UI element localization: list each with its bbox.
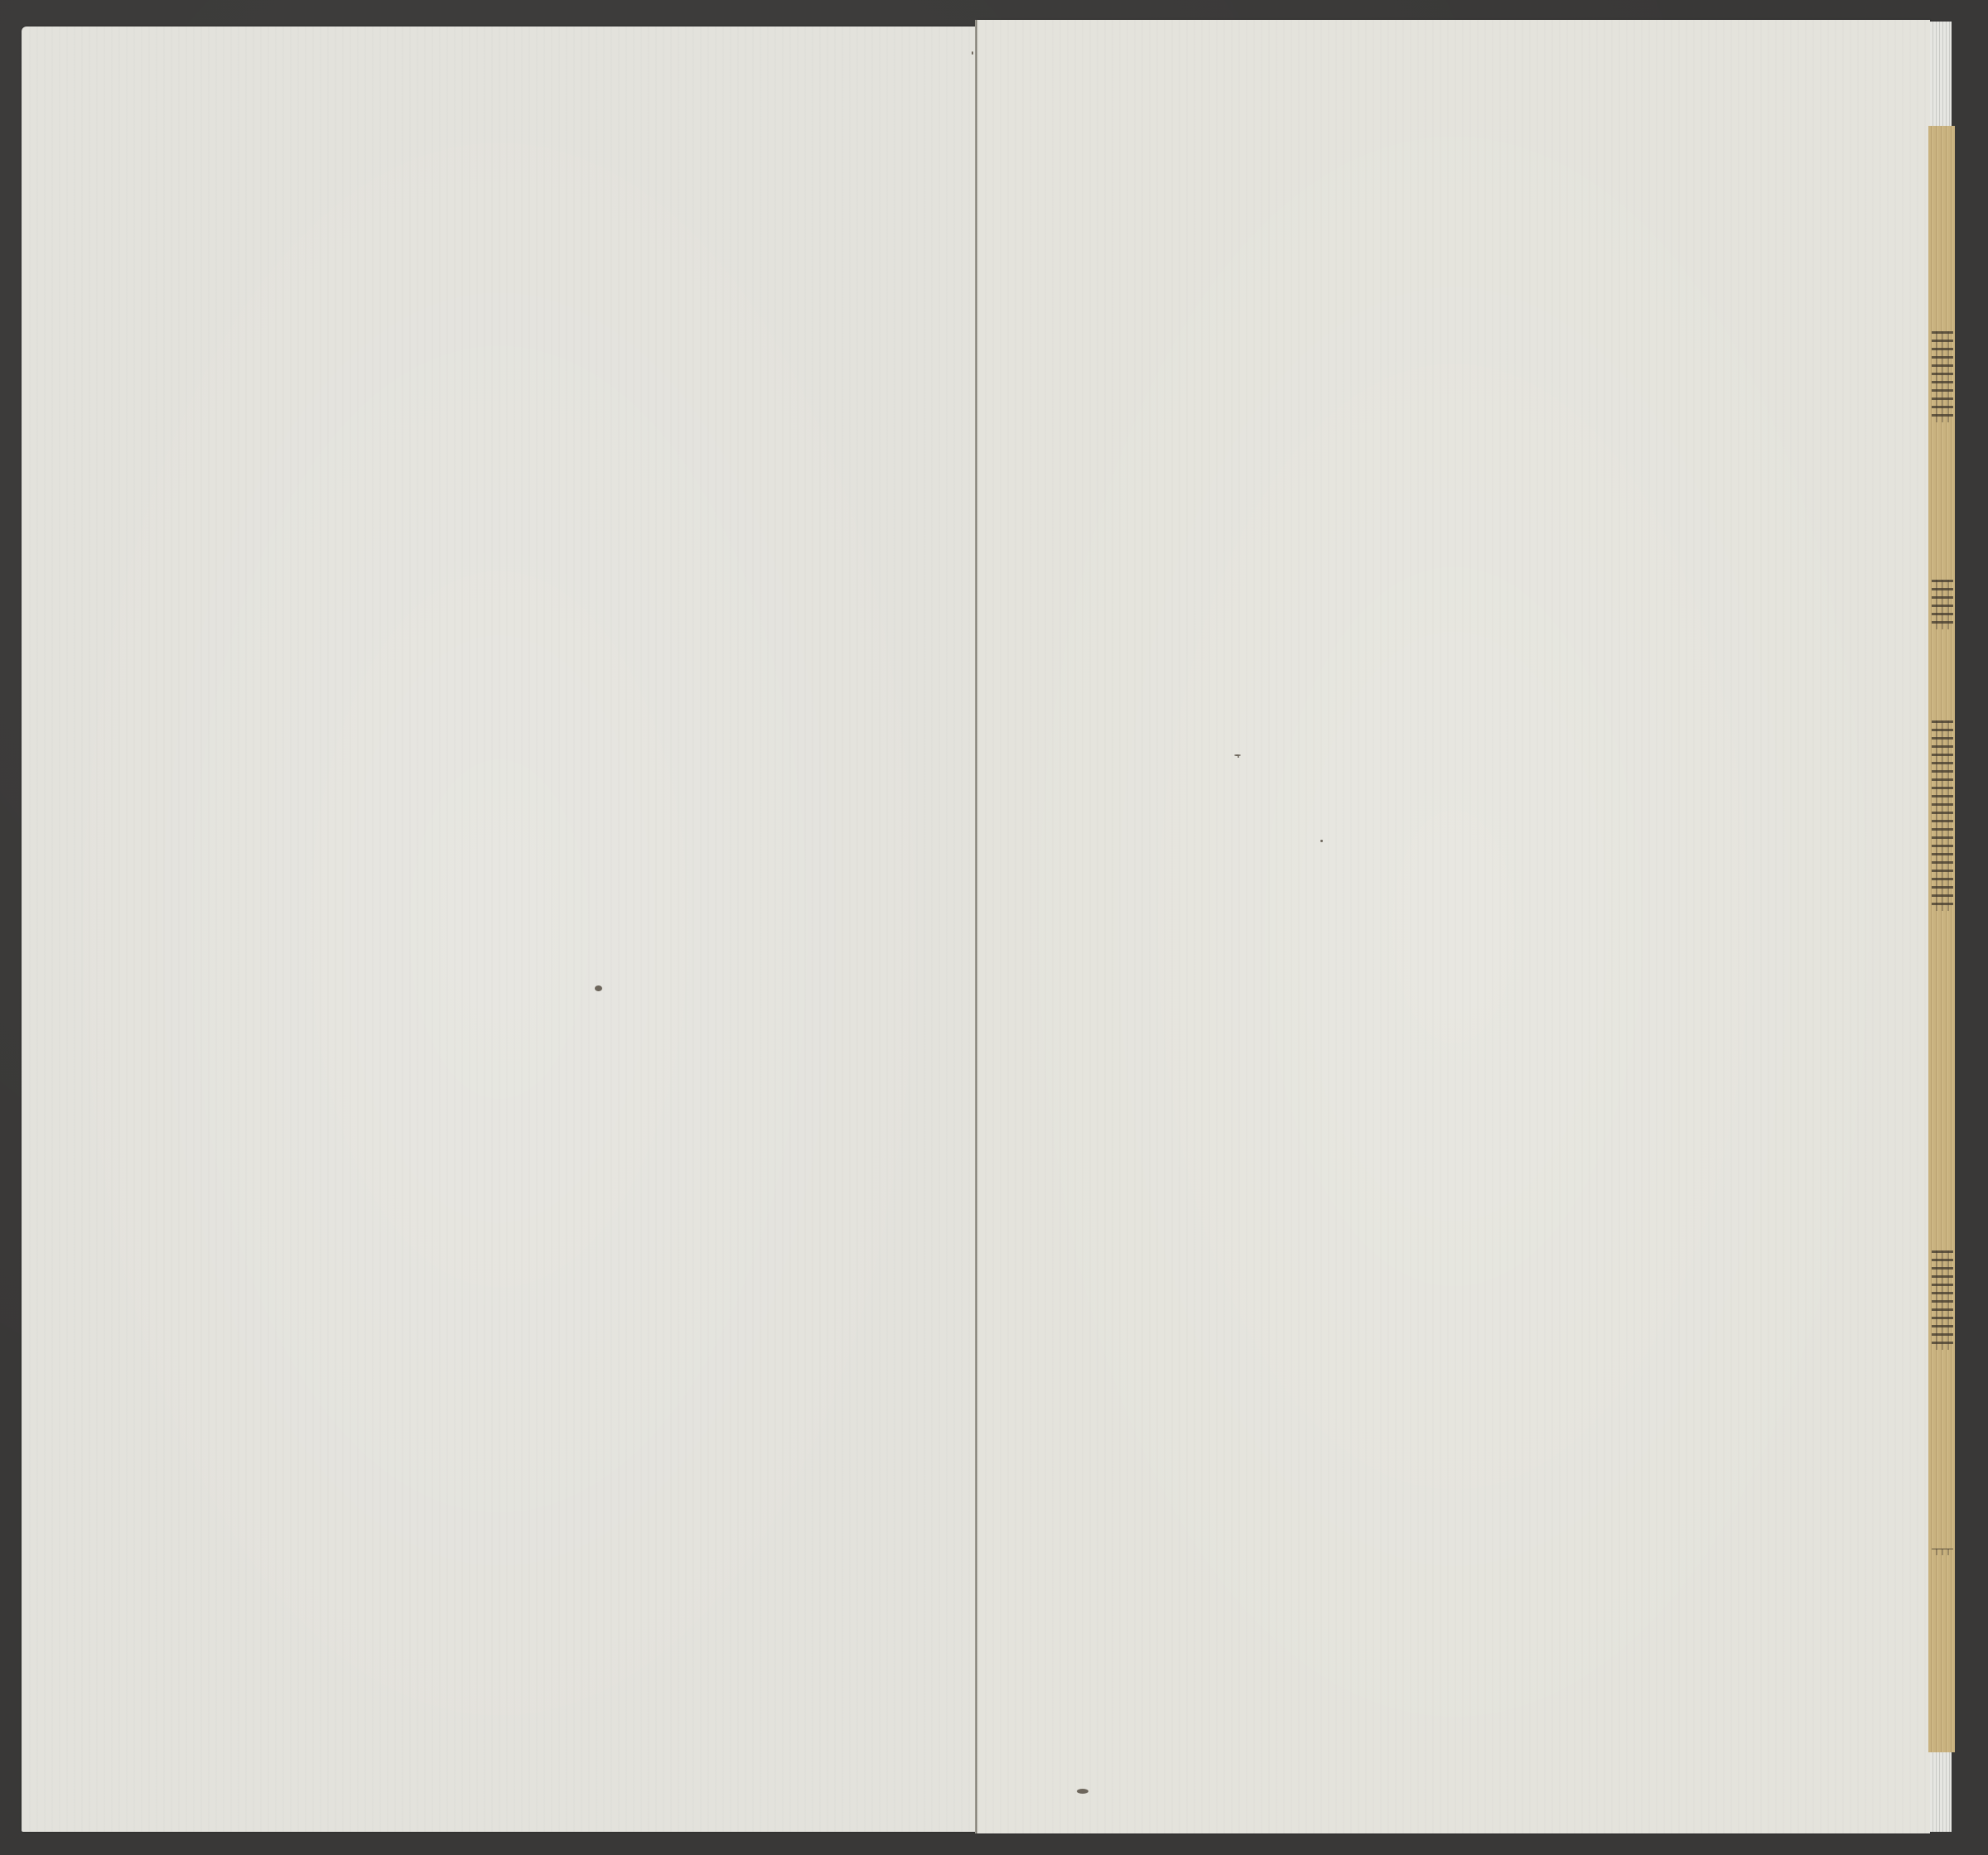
paper-speck (1238, 756, 1239, 758)
right-blank-page (977, 20, 1930, 1833)
paper-speck (595, 985, 602, 991)
book-gutter-fold (975, 20, 977, 1833)
partial-glyph-block (1932, 1250, 1953, 1350)
paper-speck (972, 51, 973, 55)
partial-glyph-block (1932, 1549, 1953, 1555)
paper-speck (1077, 1789, 1088, 1794)
partial-glyph-block (1932, 331, 1953, 422)
partial-glyph-block (1932, 580, 1953, 629)
paper-speck (1320, 840, 1323, 842)
left-blank-page (22, 26, 977, 1832)
partial-glyph-block (1932, 720, 1953, 911)
